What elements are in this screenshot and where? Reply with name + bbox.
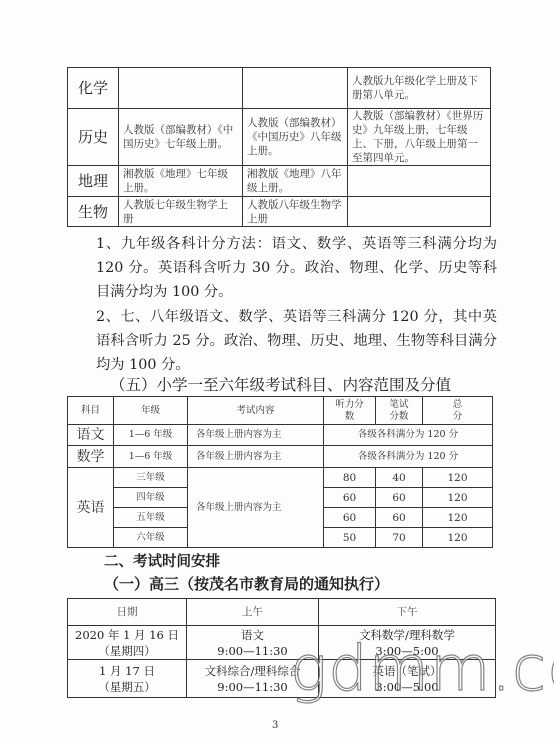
section-title-schedule: 二、考试时间安排: [104, 550, 220, 571]
total-cell: 120: [423, 488, 493, 508]
listening-cell: 60: [324, 488, 376, 508]
weekday-text: （星期五）: [72, 679, 182, 695]
table-header-row: 日期 上午 下午: [68, 599, 496, 626]
listening-cell: 60: [324, 508, 376, 528]
subject-cell: 生物: [68, 197, 119, 227]
header-listening: 听力分数: [324, 397, 376, 425]
content-cell: 各年级上册内容为主: [188, 468, 324, 548]
subject-cell: 语文: [68, 425, 114, 446]
grade9-cell: 人教版九年级化学上册及下册第八单元。: [348, 68, 491, 109]
grade-cell: 六年级: [114, 528, 188, 548]
grade8-cell: [243, 68, 348, 109]
header-afternoon: 下午: [319, 599, 496, 626]
score-cell: 各级各科满分为 120 分: [324, 425, 493, 446]
table-row: 化学 人教版九年级化学上册及下册第八单元。: [68, 68, 491, 109]
scoring-paragraph-grade9: 1、九年级各科计分方法：语文、数学、英语等三科满分均为 120 分。英语科含听力…: [67, 232, 497, 304]
table-row: 英语 三年级 各年级上册内容为主 80 40 120: [68, 468, 493, 488]
grade7-cell: [119, 68, 243, 109]
page-number: 3: [272, 720, 278, 731]
grade-cell: 1—6 年级: [114, 446, 188, 468]
grade-cell: 四年级: [114, 488, 188, 508]
subject-cell: 地理: [68, 166, 119, 197]
content-cell: 各年级上册内容为主: [188, 446, 324, 468]
grade7-cell: 湘教版《地理》七年级上册。: [119, 166, 243, 197]
table-row: 地理 湘教版《地理》七年级上册。 湘教版《地理》八年级上册。: [68, 166, 491, 197]
date-text: 2020 年 1 月 16 日: [72, 627, 182, 643]
grade9-cell: [348, 166, 491, 197]
site-watermark: gdmm.com: [290, 638, 554, 700]
header-total: 总分: [423, 397, 493, 425]
grade7-cell: 人教版七年级生物学上册: [119, 197, 243, 227]
primary-exam-table: 科目 年级 考试内容 听力分数 笔试分数 总分 语文 1—6 年级 各年级上册内…: [67, 396, 493, 548]
date-cell: 2020 年 1 月 16 日 （星期四）: [68, 626, 187, 660]
score-cell: 各级各科满分为 120 分: [324, 446, 493, 468]
header-morning: 上午: [187, 599, 319, 626]
total-cell: 120: [423, 468, 493, 488]
written-cell: 60: [376, 508, 423, 528]
table-header-row: 科目 年级 考试内容 听力分数 笔试分数 总分: [68, 397, 493, 425]
written-cell: 70: [376, 528, 423, 548]
subject-cell: 英语: [68, 468, 114, 548]
subject-cell: 历史: [68, 109, 119, 166]
listening-cell: 80: [324, 468, 376, 488]
header-grade: 年级: [114, 397, 188, 425]
content-cell: 各年级上册内容为主: [188, 425, 324, 446]
grade8-cell: 湘教版《地理》八年级上册。: [243, 166, 348, 197]
grade-cell: 三年级: [114, 468, 188, 488]
header-content: 考试内容: [188, 397, 324, 425]
weekday-text: （星期四）: [72, 643, 182, 659]
header-date: 日期: [68, 599, 187, 626]
table-row: 语文 1—6 年级 各年级上册内容为主 各级各科满分为 120 分: [68, 425, 493, 446]
grade-cell: 1—6 年级: [114, 425, 188, 446]
grade8-cell: 人教版（部编教材）《中国历史》八年级上册。: [243, 109, 348, 166]
grade8-cell: 人教版八年级生物学上册: [243, 197, 348, 227]
subject-cell: 数学: [68, 446, 114, 468]
header-written: 笔试分数: [376, 397, 423, 425]
written-cell: 60: [376, 488, 423, 508]
written-cell: 40: [376, 468, 423, 488]
listening-cell: 50: [324, 528, 376, 548]
table-row: 生物 人教版七年级生物学上册 人教版八年级生物学上册: [68, 197, 491, 227]
date-cell: 1 月 17 日 （星期五）: [68, 660, 187, 698]
scoring-paragraph-grade7-8: 2、七、八年级语文、数学、英语等三科满分 120 分，其中英语科含听力 25 分…: [67, 305, 497, 377]
grade9-cell: [348, 197, 491, 227]
paragraph-text: 1、九年级各科计分方法：语文、数学、英语等三科满分均为 120 分。英语科含听力…: [67, 232, 497, 304]
total-cell: 120: [423, 528, 493, 548]
subject-cell: 化学: [68, 68, 119, 109]
section-title-primary: （五）小学一至六年级考试科目、内容范围及分值: [110, 373, 451, 395]
grade-cell: 五年级: [114, 508, 188, 528]
subject-textbook-table: 化学 人教版九年级化学上册及下册第八单元。 历史 人教版（部编教材）《中国历史》…: [67, 67, 491, 227]
table-row: 数学 1—6 年级 各年级上册内容为主 各级各科满分为 120 分: [68, 446, 493, 468]
grade9-cell: 人教版（部编教材）《世界历史》九年级上册，七年级上、下册，八年级上册第一至第四单…: [348, 109, 491, 166]
total-cell: 120: [423, 508, 493, 528]
paragraph-text: 2、七、八年级语文、数学、英语等三科满分 120 分，其中英语科含听力 25 分…: [67, 305, 497, 377]
header-subject: 科目: [68, 397, 114, 425]
date-text: 1 月 17 日: [72, 663, 182, 679]
grade7-cell: 人教版（部编教材）《中国历史》七年级上册。: [119, 109, 243, 166]
table-row: 历史 人教版（部编教材）《中国历史》七年级上册。 人教版（部编教材）《中国历史》…: [68, 109, 491, 166]
subsection-title-senior3: （一）高三（按茂名市教育局的通知执行）: [104, 573, 389, 594]
